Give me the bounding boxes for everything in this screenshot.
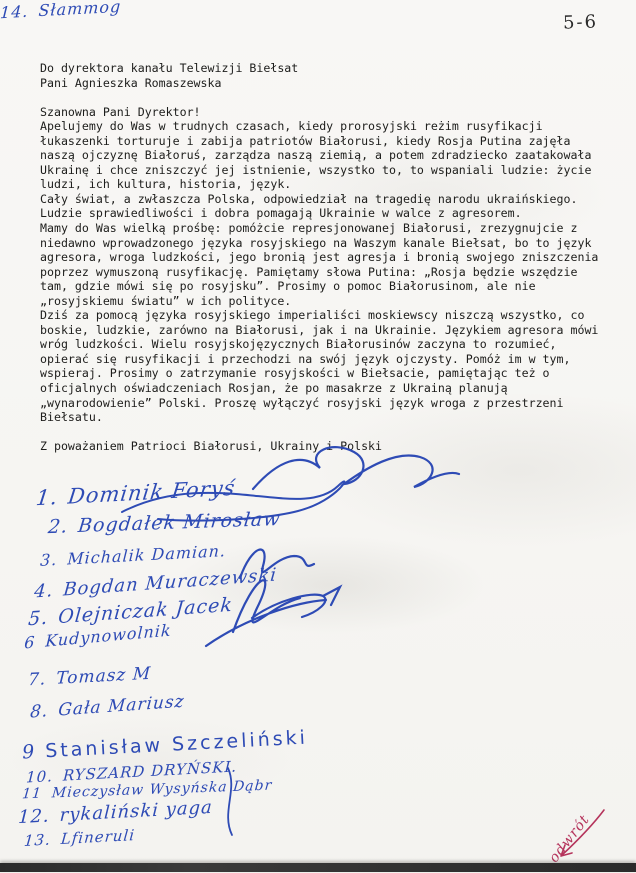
letter-line: agresora, wroga ludzkości, jego bronią j…: [40, 250, 618, 265]
signature-item: 4.Bogdan Muraczewski: [33, 564, 277, 602]
letter-line: Ukrainę i chce zniszczyć jej istnienie, …: [40, 163, 618, 178]
signature-number: 8.: [29, 701, 49, 722]
letter-line: Mamy do Was wielką prośbę: pomóżcie repr…: [40, 221, 618, 236]
recipient-line: Do dyrektora kanału Telewizji Biełsat: [40, 61, 618, 76]
closing-line: Z poważaniem Patrioci Białorusi, Ukrainy…: [40, 439, 618, 454]
signature-number: 12.: [18, 805, 51, 828]
signature-name: Bogdan Muraczewski: [62, 564, 277, 600]
letter-line: Apelujemy do Was w trudnych czasach, kie…: [40, 119, 618, 134]
signature-name: Tomasz M: [56, 664, 152, 689]
reverse-side-note: odwrót: [546, 812, 593, 866]
signature-number: 9: [22, 741, 36, 764]
signature-item: 2.Bogdałek Mirosław: [47, 508, 282, 538]
signature-number: 1.: [35, 485, 60, 510]
signature-name: Lfineruli: [60, 826, 136, 848]
signature-name: Stanisław Szczeliński: [45, 727, 309, 763]
recipient-line: Pani Agnieszka Romaszewska: [40, 76, 618, 91]
scanned-letter-page: 5-6 Do dyrektora kanału Telewizji Biełsa…: [0, 0, 636, 873]
signature-number: 5.: [27, 607, 49, 631]
signature-number: 3.: [40, 550, 58, 570]
letter-line: oficjalnych oświadczeniach Rosjan, że po…: [40, 381, 618, 396]
signature-item: 1.Dominik Foryś: [35, 476, 237, 511]
signature-number: 6: [24, 632, 36, 652]
letter-line: „rosyjskiemu światu” w ich polityce.: [40, 294, 618, 309]
signature-flourish-6: [252, 587, 340, 618]
signature-name: rykaliński yaga: [59, 797, 213, 826]
signature-name: Bogdałek Mirosław: [77, 508, 282, 537]
letter-text-block: Szanowna Pani Dyrektor!Apelujemy do Was …: [40, 105, 618, 425]
letter-line: łukaszenki torturuje i zabija patriotów …: [40, 134, 618, 149]
letter-line: Cały świat, a zwłaszcza Polska, odpowied…: [40, 192, 618, 207]
letter-body: Do dyrektora kanału Telewizji BiełsatPan…: [40, 61, 618, 454]
signature-number: 10.: [26, 767, 54, 786]
signature-item: 14.Słammog: [0, 0, 122, 22]
signature-number: 4.: [33, 580, 54, 603]
signature-item: 3.Michalik Damian.: [40, 541, 227, 570]
signature-item: 7.Tomasz M: [28, 664, 152, 691]
signature-item: 12.rykaliński yaga: [18, 797, 214, 828]
signature-number: 14.: [0, 2, 29, 23]
letter-line: Biełsatu.: [40, 410, 618, 425]
letter-line: ludzi, ich kultura, historia, język.: [40, 177, 618, 192]
signature-name: Michalik Damian.: [67, 541, 227, 568]
signature-number: 7.: [28, 669, 47, 690]
letter-line: „wynarodowienie” Polski. Proszę wyłączyć…: [40, 396, 618, 411]
signature-number: 13.: [23, 830, 51, 850]
recipient-block: Do dyrektora kanału Telewizji BiełsatPan…: [40, 61, 618, 90]
scanner-edge-strip: [0, 863, 636, 872]
signature-name: Słammog: [38, 0, 122, 20]
letter-line: Szanowna Pani Dyrektor!: [40, 105, 618, 120]
signature-item: 8.Gała Mariusz: [29, 692, 185, 723]
letter-line: poprzez wymuszoną rusyfikację. Pamiętamy…: [40, 265, 618, 280]
letter-line: opierać się rusyfikacji i przechodzi na …: [40, 352, 618, 367]
letter-line: wróg ludzkości. Wielu rosyjskojęzycznych…: [40, 337, 618, 352]
page-number-note: 5-6: [563, 11, 599, 33]
letter-line: Dziś za pomocą języka rosyjskiego imperi…: [40, 308, 618, 323]
signature-name: Dominik Foryś: [67, 476, 237, 509]
letter-line: wspieraj. Prosimy o zatrzymanie rosyjsko…: [40, 366, 618, 381]
letter-line: niedawno wprowadzonego języka rosyjskieg…: [40, 236, 618, 251]
letter-line: tam, gdzie mówi się po rosyjsku”. Prosim…: [40, 279, 618, 294]
letter-line: Ludzie sprawiedliwości i dobra pomagają …: [40, 206, 618, 221]
signature-number: 11: [21, 786, 42, 803]
letter-line: boskie, ludzkie, zarówno na Białorusi, j…: [40, 323, 618, 338]
signature-item: 13.Lfineruli: [23, 826, 136, 850]
letter-line: naszą ojczyznę Białoruś, zarządza naszą …: [40, 148, 618, 163]
signature-number: 2.: [47, 515, 69, 538]
signature-item: 9Stanisław Szczeliński: [22, 727, 309, 764]
signature-name: Gała Mariusz: [57, 692, 185, 721]
